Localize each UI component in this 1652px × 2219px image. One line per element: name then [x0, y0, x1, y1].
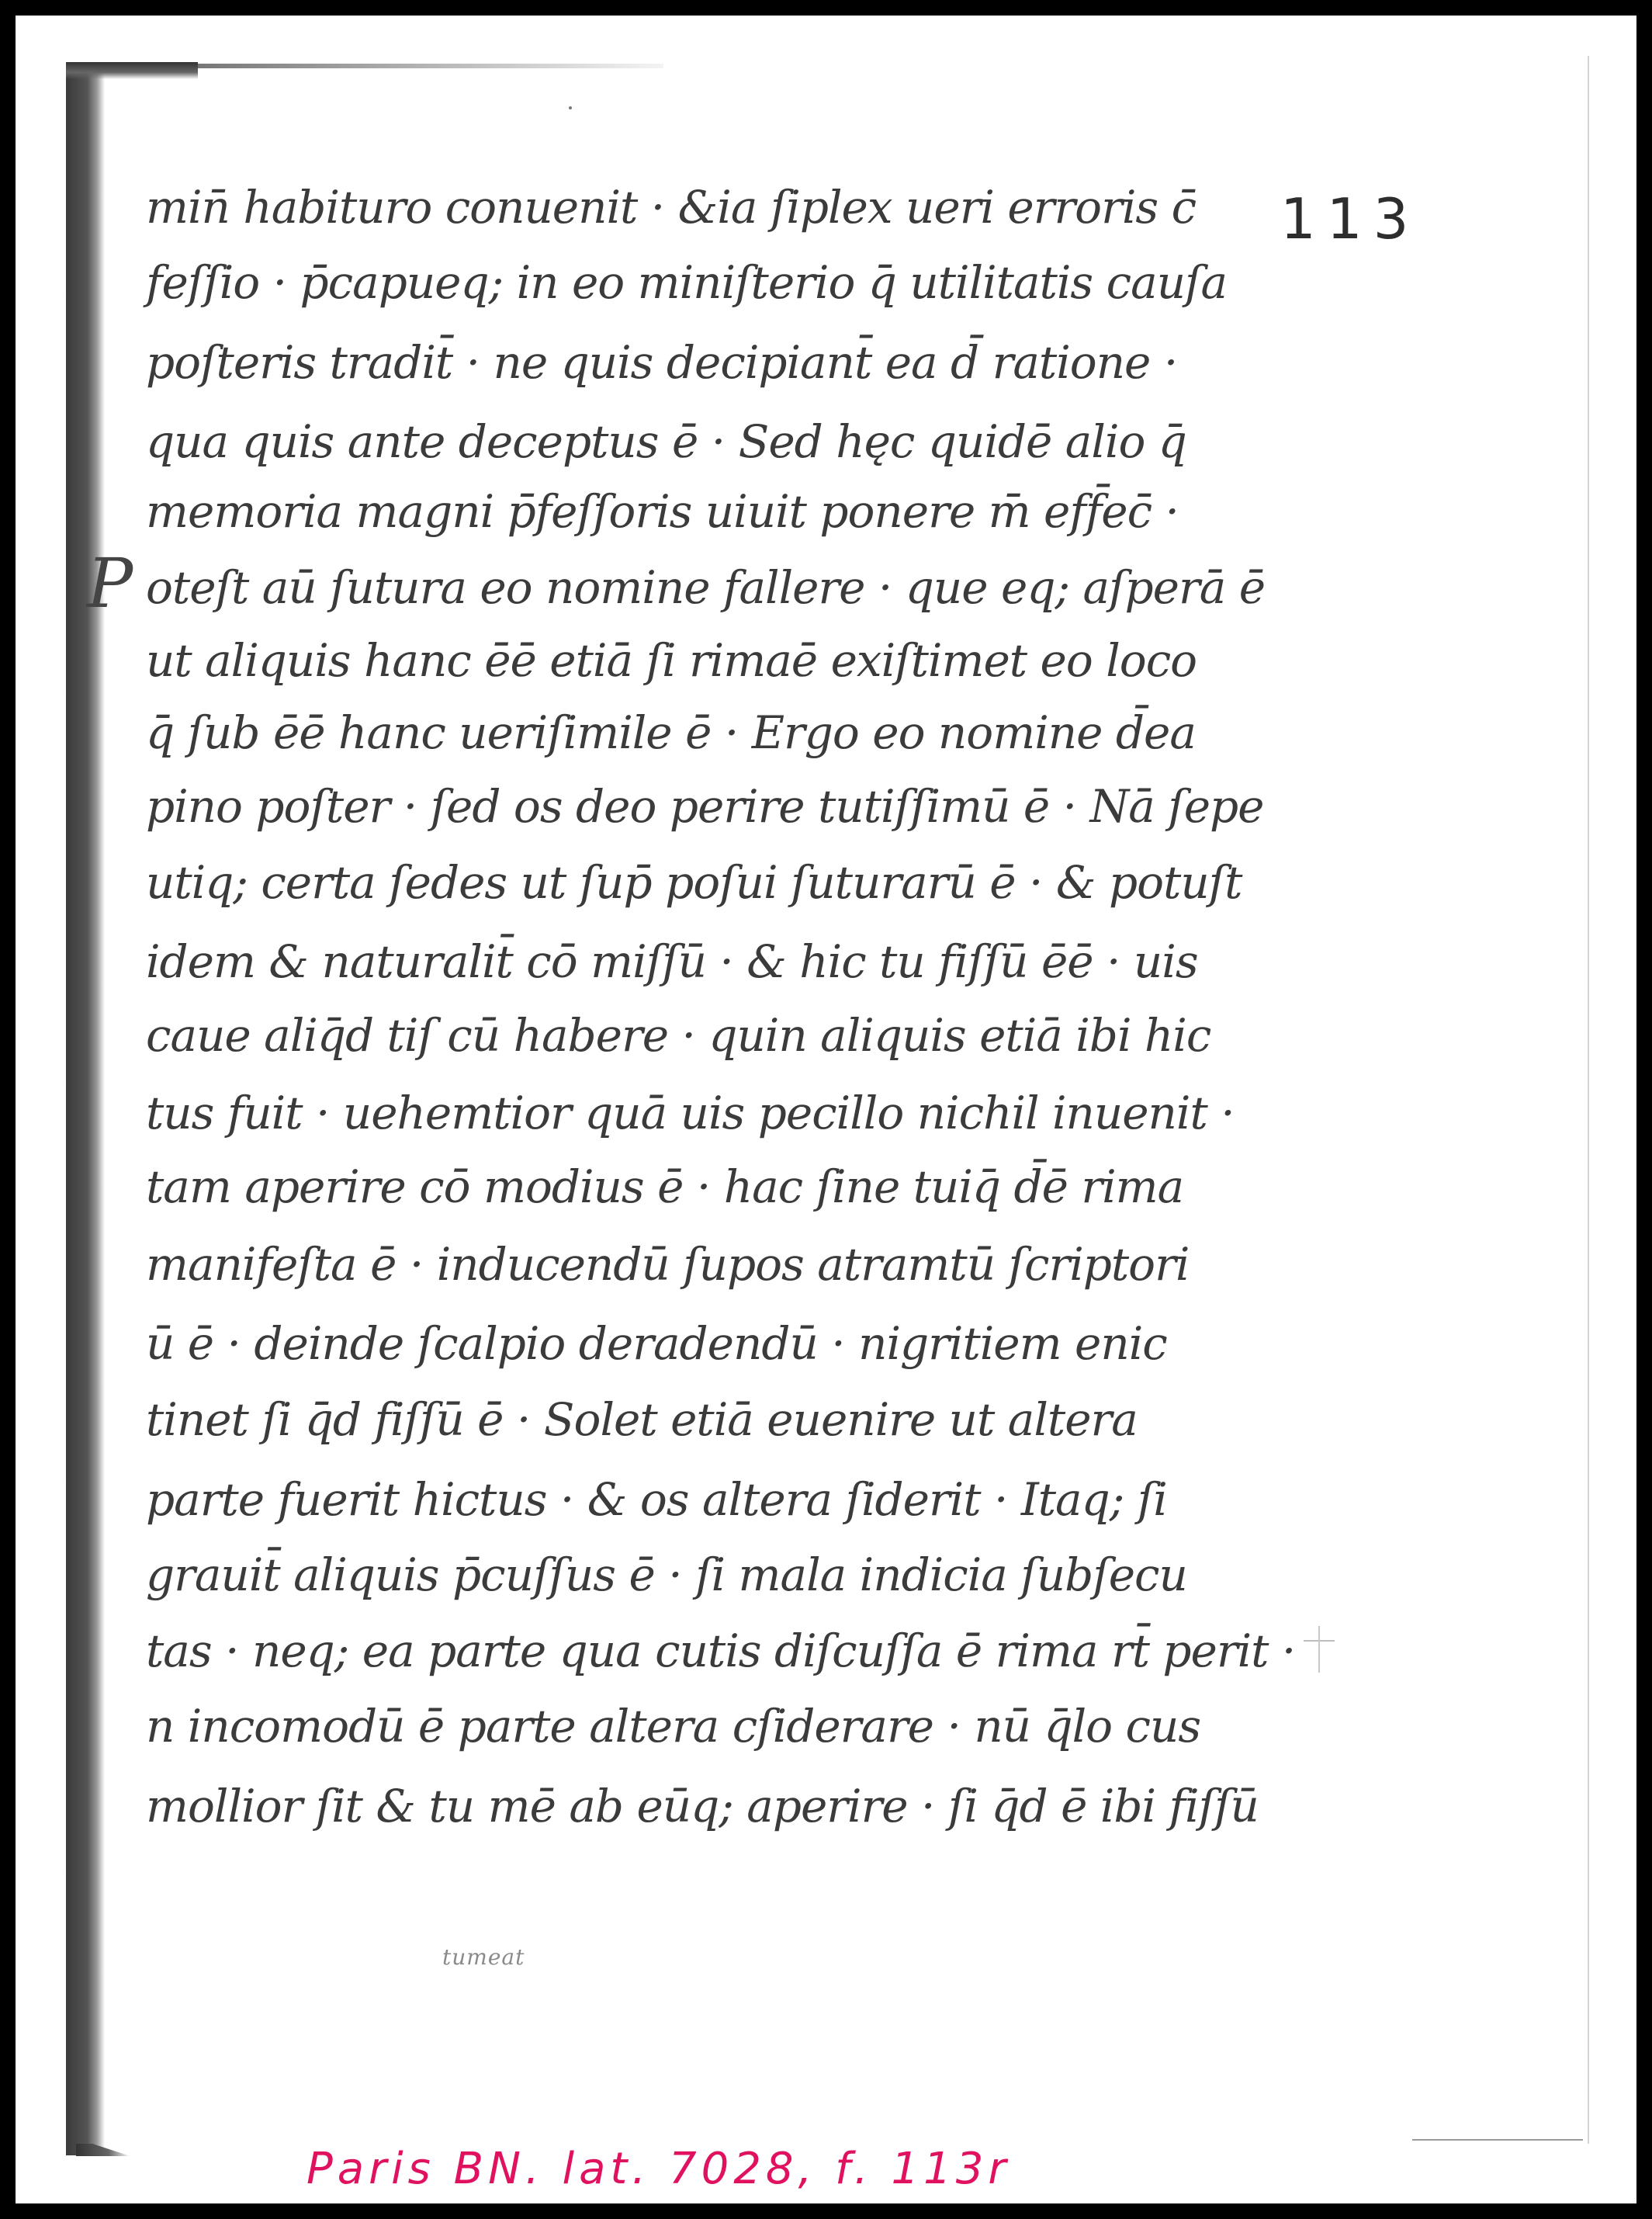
text-line: poſteris tradit̄ · ne quis decipiant̄ ea… — [146, 340, 1177, 385]
page-frame-right-edge — [1588, 56, 1589, 2144]
text-line: manifeſta ē · inducendū ſupos atramtū ſc… — [146, 1242, 1189, 1287]
text-line: feſſio · p̄capueq; in eo miniſterio q̄ u… — [146, 260, 1227, 305]
text-line: tus fuit · uehemtior quā uis pecillo nic… — [146, 1090, 1235, 1136]
text-line: parte fuerit hictus · & os altera ſideri… — [146, 1477, 1167, 1522]
page-frame-top-corner — [66, 62, 198, 79]
text-line: grauit̄ aliquis p̄cuſſus ē · ſi mala ind… — [146, 1552, 1187, 1597]
page-frame-top-edge — [198, 64, 663, 68]
page-frame-bottom-edge — [1412, 2139, 1583, 2141]
catchword: tumeat — [442, 1944, 525, 1970]
text-line: idem & naturalit̄ cō miſſū · & hic tu fi… — [146, 939, 1198, 984]
text-line: pino poſter · ſed os deo perire tutiſſim… — [146, 784, 1264, 829]
text-line: utiq; certa ſedes ut ſup̄ poſui ſuturarū… — [146, 860, 1242, 905]
text-line: min̄ habituro conuenit · &ia ſiplex ueri… — [146, 185, 1196, 230]
text-line: oteſt aū ſutura eo nomine fallere · que … — [146, 565, 1265, 610]
paper-speck — [569, 106, 572, 109]
folio-number: 113 — [1280, 186, 1419, 251]
marginal-initial-letter: P — [87, 543, 133, 623]
text-line: tam aperire cō modius ē · hac ſine tuiq̄… — [146, 1164, 1183, 1209]
text-line: qua quis ante deceptus ē · Sed hęc quidē… — [146, 419, 1186, 464]
text-line: q̄ ſub ēē hanc ueriſimile ē · Ergo eo no… — [146, 710, 1196, 755]
shelfmark-annotation: Paris BN. lat. 7028, f. 113r — [307, 2144, 1010, 2194]
text-line: mollior ſit & tu mē ab eūq; aperire · ſi… — [146, 1784, 1259, 1829]
text-line: memoria magni p̄feſſoris uiuit ponere m̄… — [146, 489, 1179, 534]
text-line: tas · neq; ea parte qua cutis diſcuſſa ē… — [146, 1628, 1295, 1673]
page-frame-left-edge — [66, 62, 105, 2155]
text-line: caue aliq̄d tiſ cū habere · quin aliquis… — [146, 1013, 1210, 1058]
text-line: ū ē · deinde ſcalpio deradendū · nigriti… — [146, 1321, 1167, 1366]
text-line: ut aliquis hanc ēē etiā ſi rimaē exiſtim… — [146, 638, 1197, 683]
text-line: n incomodū ē parte altera cſiderare · nū… — [146, 1704, 1200, 1749]
margin-cross-mark-icon — [1304, 1626, 1335, 1673]
text-line: tinet ſi q̄d fiſſū ē · Solet etiā euenir… — [146, 1397, 1138, 1442]
